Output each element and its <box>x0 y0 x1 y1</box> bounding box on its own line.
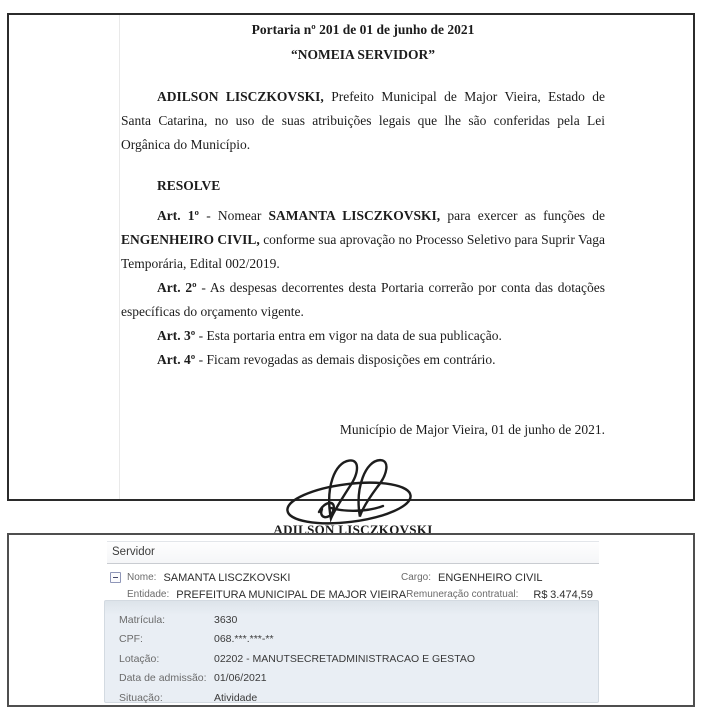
article-1-text2: para exercer as funções de <box>440 208 605 223</box>
article-1: Art. 1º - Nomear SAMANTA LISCZKOVSKI, pa… <box>121 204 605 276</box>
detail-row-situacao: Situação: Atividade <box>105 688 598 708</box>
detail-label: Lotação: <box>119 653 214 665</box>
article-1-label: Art. 1º <box>157 208 199 223</box>
article-4: Art. 4º - Ficam revogadas as demais disp… <box>121 348 605 372</box>
resolve-label: RESOLVE <box>121 174 605 198</box>
detail-label: Matrícula: <box>119 614 214 626</box>
preamble-paragraph: ADILSON LISCZKOVSKI, Prefeito Municipal … <box>121 85 605 157</box>
currency-symbol: R$ <box>533 589 547 601</box>
article-2: Art. 2º - As despesas decorrentes desta … <box>121 276 605 324</box>
article-1-servant-name: SAMANTA LISCZKOVSKI, <box>269 208 441 223</box>
signature-image <box>273 456 433 530</box>
detail-value: 01/06/2021 <box>214 672 267 684</box>
collapse-icon[interactable] <box>110 572 121 583</box>
entidade-label: Entidade: <box>127 589 169 600</box>
servidor-detail-box: Matrícula: 3630 CPF: 068.***.***-** Lota… <box>104 600 599 703</box>
article-4-label: Art. 4º <box>157 352 195 367</box>
remuneracao-value: 3.474,59 <box>547 589 599 601</box>
servidor-record-frame: Servidor Nome: SAMANTA LISCZKOVSKI Cargo… <box>7 533 695 707</box>
detail-row-cpf: CPF: 068.***.***-** <box>105 630 598 650</box>
detail-label: CPF: <box>119 633 214 645</box>
document-title: Portaria nº 201 de 01 de junho de 2021 <box>121 22 605 38</box>
detail-value: Atividade <box>214 692 257 704</box>
preamble-author: ADILSON LISCZKOVSKI, <box>157 89 324 104</box>
date-line: Município de Major Vieira, 01 de junho d… <box>121 418 605 442</box>
article-1-text: - Nomear <box>199 208 269 223</box>
portaria-document-frame: Portaria nº 201 de 01 de junho de 2021 “… <box>7 13 695 501</box>
detail-row-lotacao: Lotação: 02202 - MANUTSECRETADMINISTRACA… <box>105 649 598 669</box>
detail-value: 3630 <box>214 614 237 626</box>
detail-value: 02202 - MANUTSECRETADMINISTRACAO E GESTA… <box>214 653 475 665</box>
remuneracao-label: Remuneração contratual: <box>406 589 518 600</box>
panel-title: Servidor <box>107 541 599 564</box>
page: Portaria nº 201 de 01 de junho de 2021 “… <box>0 0 709 716</box>
detail-label: Data de admissão: <box>119 672 214 684</box>
portaria-document: Portaria nº 201 de 01 de junho de 2021 “… <box>9 15 693 499</box>
article-2-label: Art. 2º <box>157 280 197 295</box>
nome-value: SAMANTA LISCZKOVSKI <box>163 572 290 584</box>
detail-row-admissao: Data de admissão: 01/06/2021 <box>105 669 598 689</box>
article-3-label: Art. 3º <box>157 328 195 343</box>
entidade-value: PREFEITURA MUNICIPAL DE MAJOR VIEIRA <box>176 589 406 601</box>
article-3: Art. 3º - Esta portaria entra em vigor n… <box>121 324 605 348</box>
cargo-label: Cargo: <box>401 572 431 583</box>
nome-label: Nome: <box>127 572 156 583</box>
article-4-text: - Ficam revogadas as demais disposições … <box>195 352 495 367</box>
article-3-text: - Esta portaria entra em vigor na data d… <box>195 328 502 343</box>
cargo-value: ENGENHEIRO CIVIL <box>438 572 543 584</box>
summary-row-1: Nome: SAMANTA LISCZKOVSKI Cargo: ENGENHE… <box>107 569 599 586</box>
article-1-role: ENGENHEIRO CIVIL, <box>121 232 260 247</box>
detail-row-matricula: Matrícula: 3630 <box>105 610 598 630</box>
detail-value: 068.***.***-** <box>214 633 274 645</box>
document-subtitle: “NOMEIA SERVIDOR” <box>121 47 605 63</box>
detail-label: Situação: <box>119 692 214 704</box>
